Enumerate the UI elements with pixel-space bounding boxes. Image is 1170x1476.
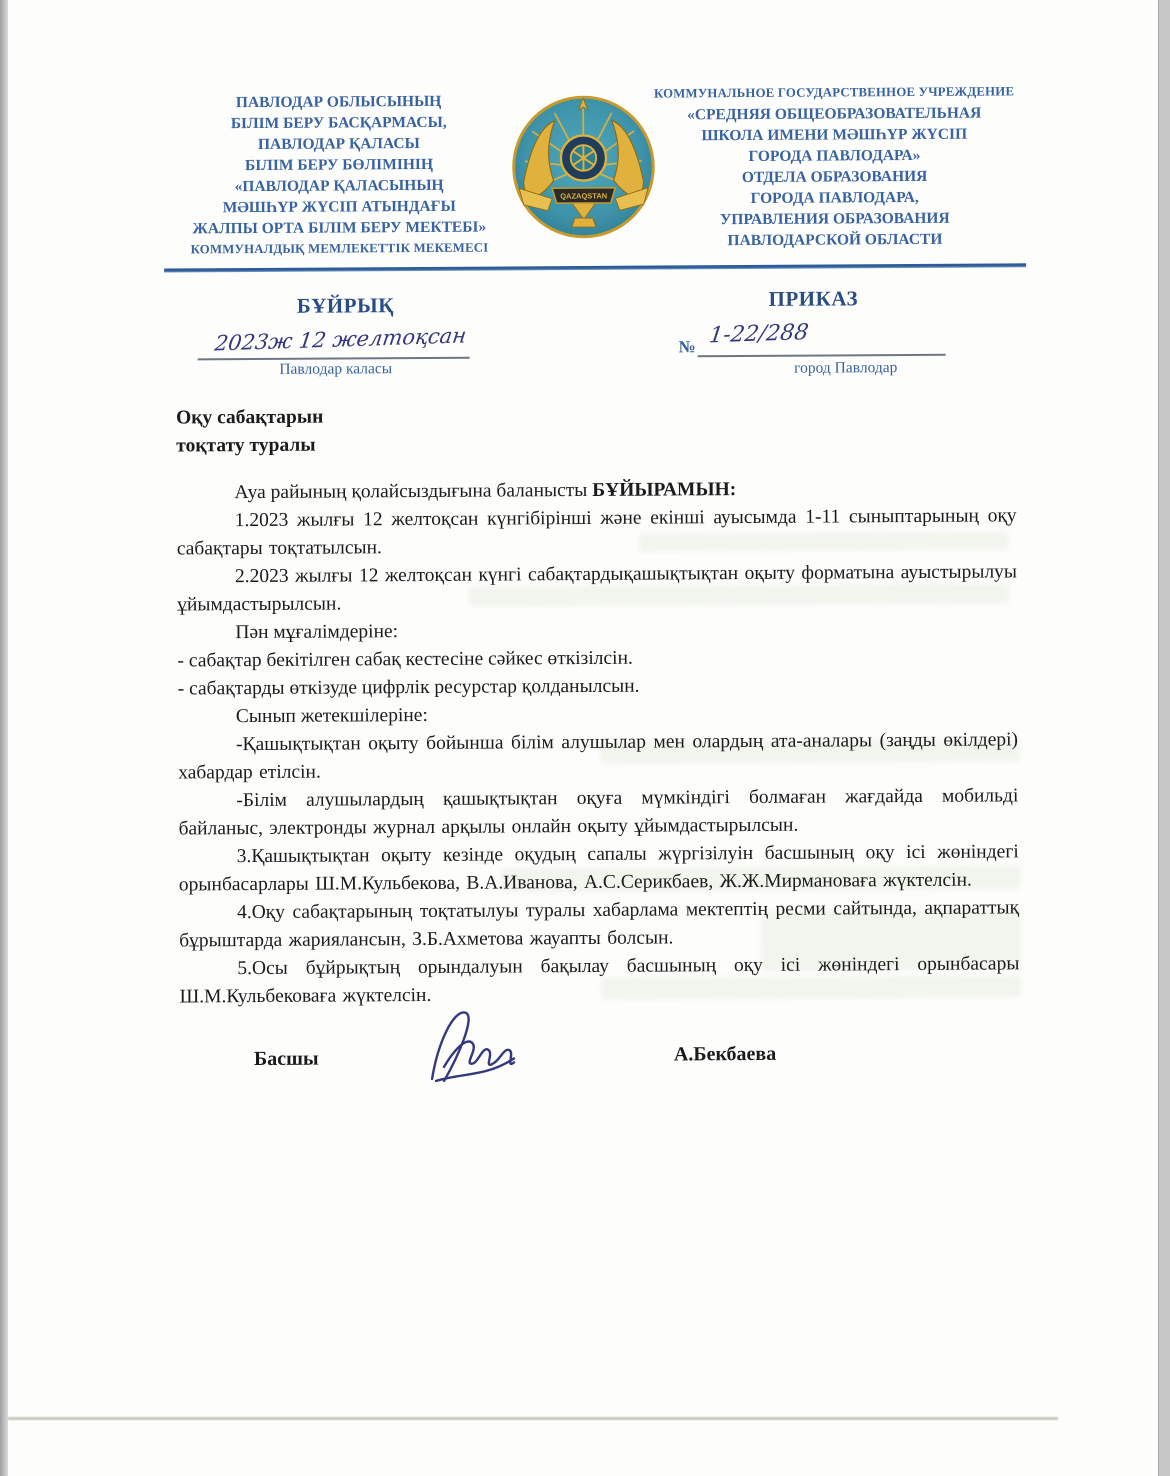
subject-line: тоқтату туралы bbox=[176, 427, 1016, 460]
order-clause: 1.2023 жылғы 12 желтоқсан күнгібірінші ж… bbox=[177, 502, 1017, 563]
place-label-kazakh: Павлодар каласы bbox=[236, 360, 436, 379]
handwritten-order-number: 1-22/288 bbox=[708, 318, 872, 348]
letterhead-russian: КОММУНАЛЬНОЕ ГОСУДАРСТВЕННОЕ УЧРЕЖДЕНИЕ«… bbox=[638, 81, 1031, 251]
order-clause: -Қашықтықтан оқыту бойынша білім алушыла… bbox=[178, 726, 1018, 787]
letterhead-line: ПАВЛОДАР ҚАЛАСЫ bbox=[166, 132, 511, 155]
signatory-position: Басшы bbox=[254, 1048, 319, 1071]
letterhead-divider bbox=[164, 263, 1026, 272]
document-page: ПАВЛОДАР ОБЛЫСЫНЫҢБІЛІМ БЕРУ БАСҚАРМАСЫ,… bbox=[0, 0, 1170, 1476]
order-title-russian: ПРИКАЗ bbox=[713, 286, 913, 312]
emblem-country-label: QAZAQSTAN bbox=[560, 191, 607, 200]
order-title-kazakh: БҰЙРЫҚ bbox=[245, 293, 445, 319]
letterhead-line: ШКОЛА ИМЕНИ МӘШҺҮР ЖҮСІП bbox=[638, 123, 1030, 146]
letterhead-line: «СРЕДНЯЯ ОБЩЕОБРАЗОВАТЕЛЬНАЯ bbox=[638, 102, 1030, 125]
order-clause: 4.Оқу сабақтарының тоқтатылуы туралы хаб… bbox=[179, 894, 1019, 955]
letterhead-line: ГОРОДА ПАВЛОДАРА, bbox=[639, 186, 1031, 209]
order-body: Оқу сабақтарын тоқтату туралы Ауа райыны… bbox=[176, 399, 1020, 1011]
letterhead-line: ОТДЕЛА ОБРАЗОВАНИЯ bbox=[639, 165, 1031, 188]
letterhead-line: МӘШҺҮР ЖҮСІП АТЫНДАҒЫ bbox=[167, 195, 512, 218]
letterhead-line: БІЛІМ БЕРУ БӨЛІМІНІҢ bbox=[166, 153, 511, 176]
letterhead-kazakh: ПАВЛОДАР ОБЛЫСЫНЫҢБІЛІМ БЕРУ БАСҚАРМАСЫ,… bbox=[166, 90, 512, 260]
number-sign: № bbox=[679, 337, 696, 357]
order-clause: 5.Осы бұйрықтың орындалуын бақылау басшы… bbox=[179, 950, 1019, 1011]
intro-directive: БҰЙЫРАМЫН: bbox=[592, 479, 736, 501]
letterhead-line: КОММУНАЛЬНОЕ ГОСУДАРСТВЕННОЕ УЧРЕЖДЕНИЕ bbox=[638, 81, 1030, 104]
letterhead-line: ПАВЛОДАР ОБЛЫСЫНЫҢ bbox=[166, 90, 511, 113]
letterhead-line: ПАВЛОДАРСКОЙ ОБЛАСТИ bbox=[639, 228, 1031, 251]
number-underline bbox=[698, 354, 946, 357]
order-clause: -Білім алушылардың қашықтықтан оқуға мүм… bbox=[178, 782, 1018, 843]
order-clauses: 1.2023 жылғы 12 желтоқсан күнгібірінші ж… bbox=[177, 502, 1020, 1011]
letterhead-line: КОММУНАЛДЫҚ МЕМЛЕКЕТТІК МЕКЕМЕСІ bbox=[167, 237, 512, 260]
letterhead-line: ГОРОДА ПАВЛОДАРА» bbox=[638, 144, 1030, 167]
signature-ink bbox=[410, 1000, 541, 1093]
scanned-document: ПАВЛОДАР ОБЛЫСЫНЫҢБІЛІМ БЕРУ БАСҚАРМАСЫ,… bbox=[0, 0, 1170, 1476]
letterhead-line: ЖАЛПЫ ОРТА БІЛІМ БЕРУ МЕКТЕБІ» bbox=[167, 216, 512, 239]
kazakhstan-emblem-icon: QAZAQSTAN bbox=[508, 88, 659, 247]
place-label-russian: город Павлодар bbox=[746, 359, 946, 378]
order-clause: 3.Қашықтықтан оқыту кезінде оқудың сапал… bbox=[179, 838, 1019, 899]
order-clause: 2.2023 жылғы 12 желтоқсан күнгі сабақтар… bbox=[177, 558, 1017, 619]
handwritten-date: 2023ж 12 желтоқсан bbox=[204, 323, 478, 356]
letterhead-line: «ПАВЛОДАР ҚАЛАСЫНЫҢ bbox=[167, 174, 512, 197]
signatory-name: А.Бекбаева bbox=[674, 1043, 776, 1067]
intro-text: Ауа райының қолайсыздығына баланысты bbox=[234, 480, 592, 503]
order-subject: Оқу сабақтарын тоқтату туралы bbox=[176, 399, 1016, 460]
letterhead-line: БІЛІМ БЕРУ БАСҚАРМАСЫ, bbox=[166, 111, 511, 134]
letterhead-line: УПРАВЛЕНИЯ ОБРАЗОВАНИЯ bbox=[639, 207, 1031, 230]
